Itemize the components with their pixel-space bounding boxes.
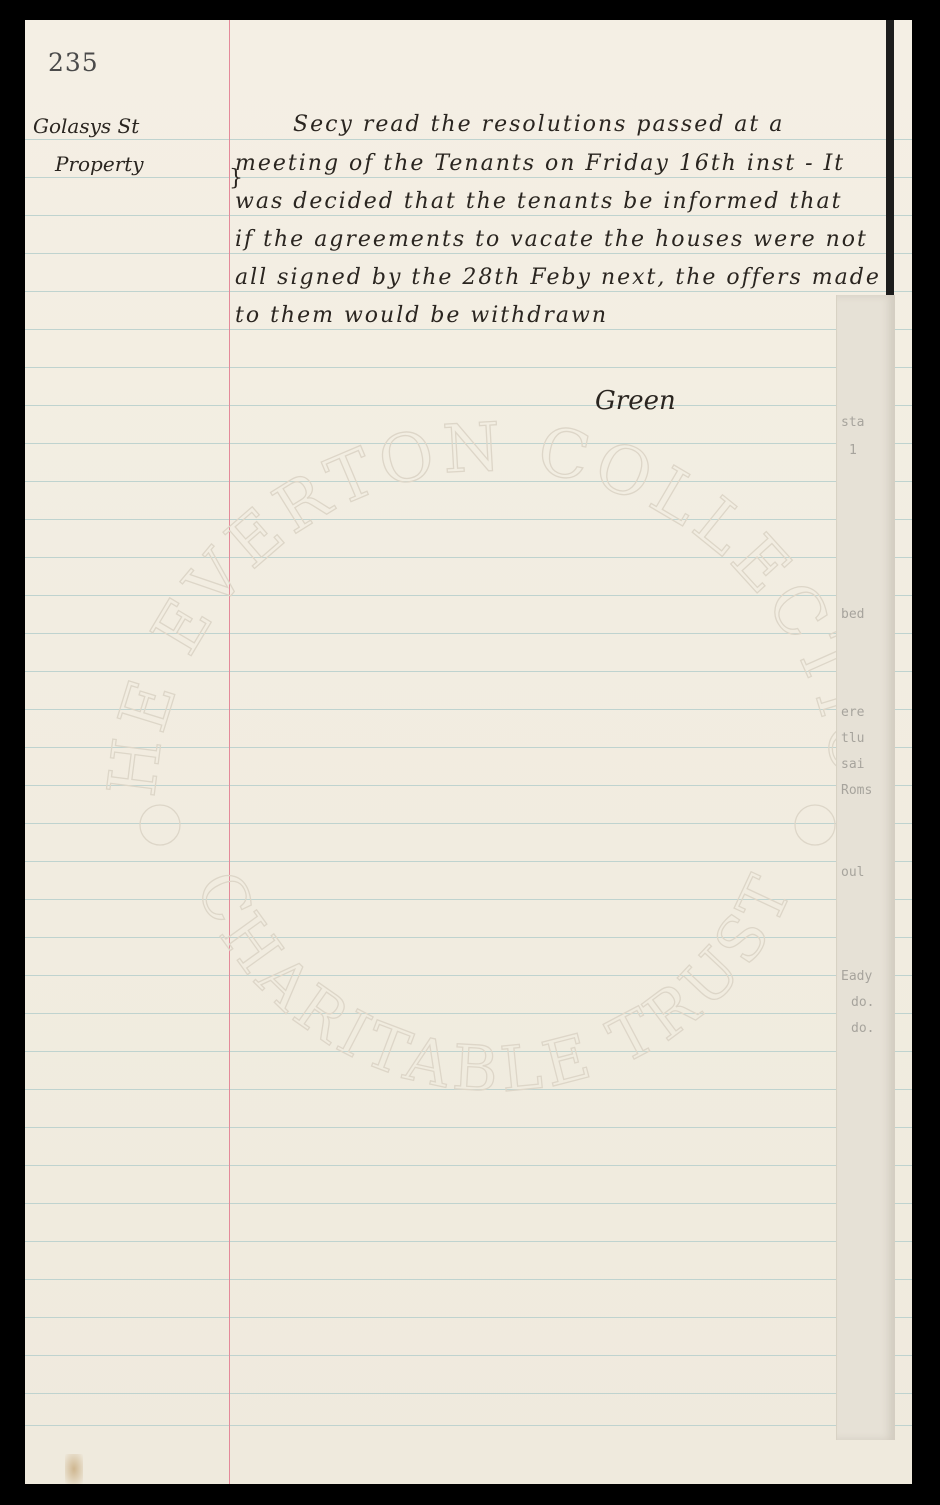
ruled-line: [25, 671, 912, 672]
ruled-line: [25, 899, 912, 900]
ruled-line: [25, 823, 912, 824]
ruled-line: [25, 215, 912, 216]
ruled-line: [25, 1165, 912, 1166]
slip-fragment: 1: [849, 443, 857, 458]
ruled-line: [25, 1279, 912, 1280]
ruled-line: [25, 1013, 912, 1014]
slip-fragment: Eady: [841, 969, 872, 984]
body-line-3: was decided that the tenants be informed…: [235, 189, 842, 214]
ruled-line: [25, 291, 912, 292]
ruled-line: [25, 367, 912, 368]
ruled-line: [25, 519, 912, 520]
ruled-line: [25, 1393, 912, 1394]
body-line-6: to them would be withdrawn: [235, 303, 608, 328]
ruled-line: [25, 443, 912, 444]
page-number: 235: [48, 48, 99, 77]
slip-fragment: do.: [851, 995, 874, 1010]
ruled-line: [25, 329, 912, 330]
slip-fragment: oul: [841, 865, 864, 880]
watermark-bottom-text: CHARITABLE TRUST: [181, 860, 808, 1107]
margin-note-line1: Golasys St: [33, 114, 139, 138]
ruled-line: [25, 595, 912, 596]
ruled-line: [25, 1203, 912, 1204]
ruled-line: [25, 937, 912, 938]
red-margin-line: [229, 20, 230, 1484]
svg-text:THE EVERTON COLLECTION: THE EVERTON COLLECTION: [25, 20, 896, 801]
watermark-dot-left: [140, 805, 180, 845]
ruled-line: [25, 177, 912, 178]
ledger-page: 235 Golasys St Property } Secy read the …: [25, 20, 912, 1484]
margin-note-line2: Property: [55, 152, 144, 176]
ruled-line: [25, 747, 912, 748]
slip-fragment: do.: [851, 1021, 874, 1036]
slip-fragment: sta: [841, 415, 864, 430]
slip-fragment: tlu: [841, 731, 864, 746]
signature: Green: [595, 386, 676, 416]
body-line-4: if the agreements to vacate the houses w…: [235, 227, 868, 252]
ruled-line: [25, 139, 912, 140]
page-binding-edge: [886, 20, 894, 310]
body-line-1: Secy read the resolutions passed at a: [293, 112, 784, 137]
watermark-top-text: THE EVERTON COLLECTION: [25, 20, 896, 801]
slip-fragment: sai: [841, 757, 864, 772]
ruled-line: [25, 405, 912, 406]
ruled-line: [25, 1355, 912, 1356]
watermark-dot-right: [795, 805, 835, 845]
svg-text:CHARITABLE TRUST: CHARITABLE TRUST: [181, 860, 808, 1107]
body-line-2: meeting of the Tenants on Friday 16th in…: [235, 151, 845, 176]
ruled-line: [25, 1317, 912, 1318]
slip-fragment: ere: [841, 705, 864, 720]
ruled-line: [25, 975, 912, 976]
body-line-5: all signed by the 28th Feby next, the of…: [235, 265, 881, 290]
ruled-line: [25, 861, 912, 862]
ruled-line: [25, 1127, 912, 1128]
paper-stain: [65, 1454, 83, 1484]
ruled-line: [25, 633, 912, 634]
ruled-line: [25, 1425, 912, 1426]
slip-fragment: bed: [841, 607, 864, 622]
ruled-line: [25, 785, 912, 786]
ruled-line: [25, 709, 912, 710]
slip-fragment: Roms: [841, 783, 872, 798]
pasted-typewritten-slip: sta 1 bed ere tlu sai Roms oul Eady do. …: [836, 295, 895, 1440]
ruled-line: [25, 1089, 912, 1090]
ruled-line: [25, 557, 912, 558]
ruled-line: [25, 1051, 912, 1052]
ruled-line: [25, 253, 912, 254]
ruled-line: [25, 481, 912, 482]
ruled-line: [25, 1241, 912, 1242]
